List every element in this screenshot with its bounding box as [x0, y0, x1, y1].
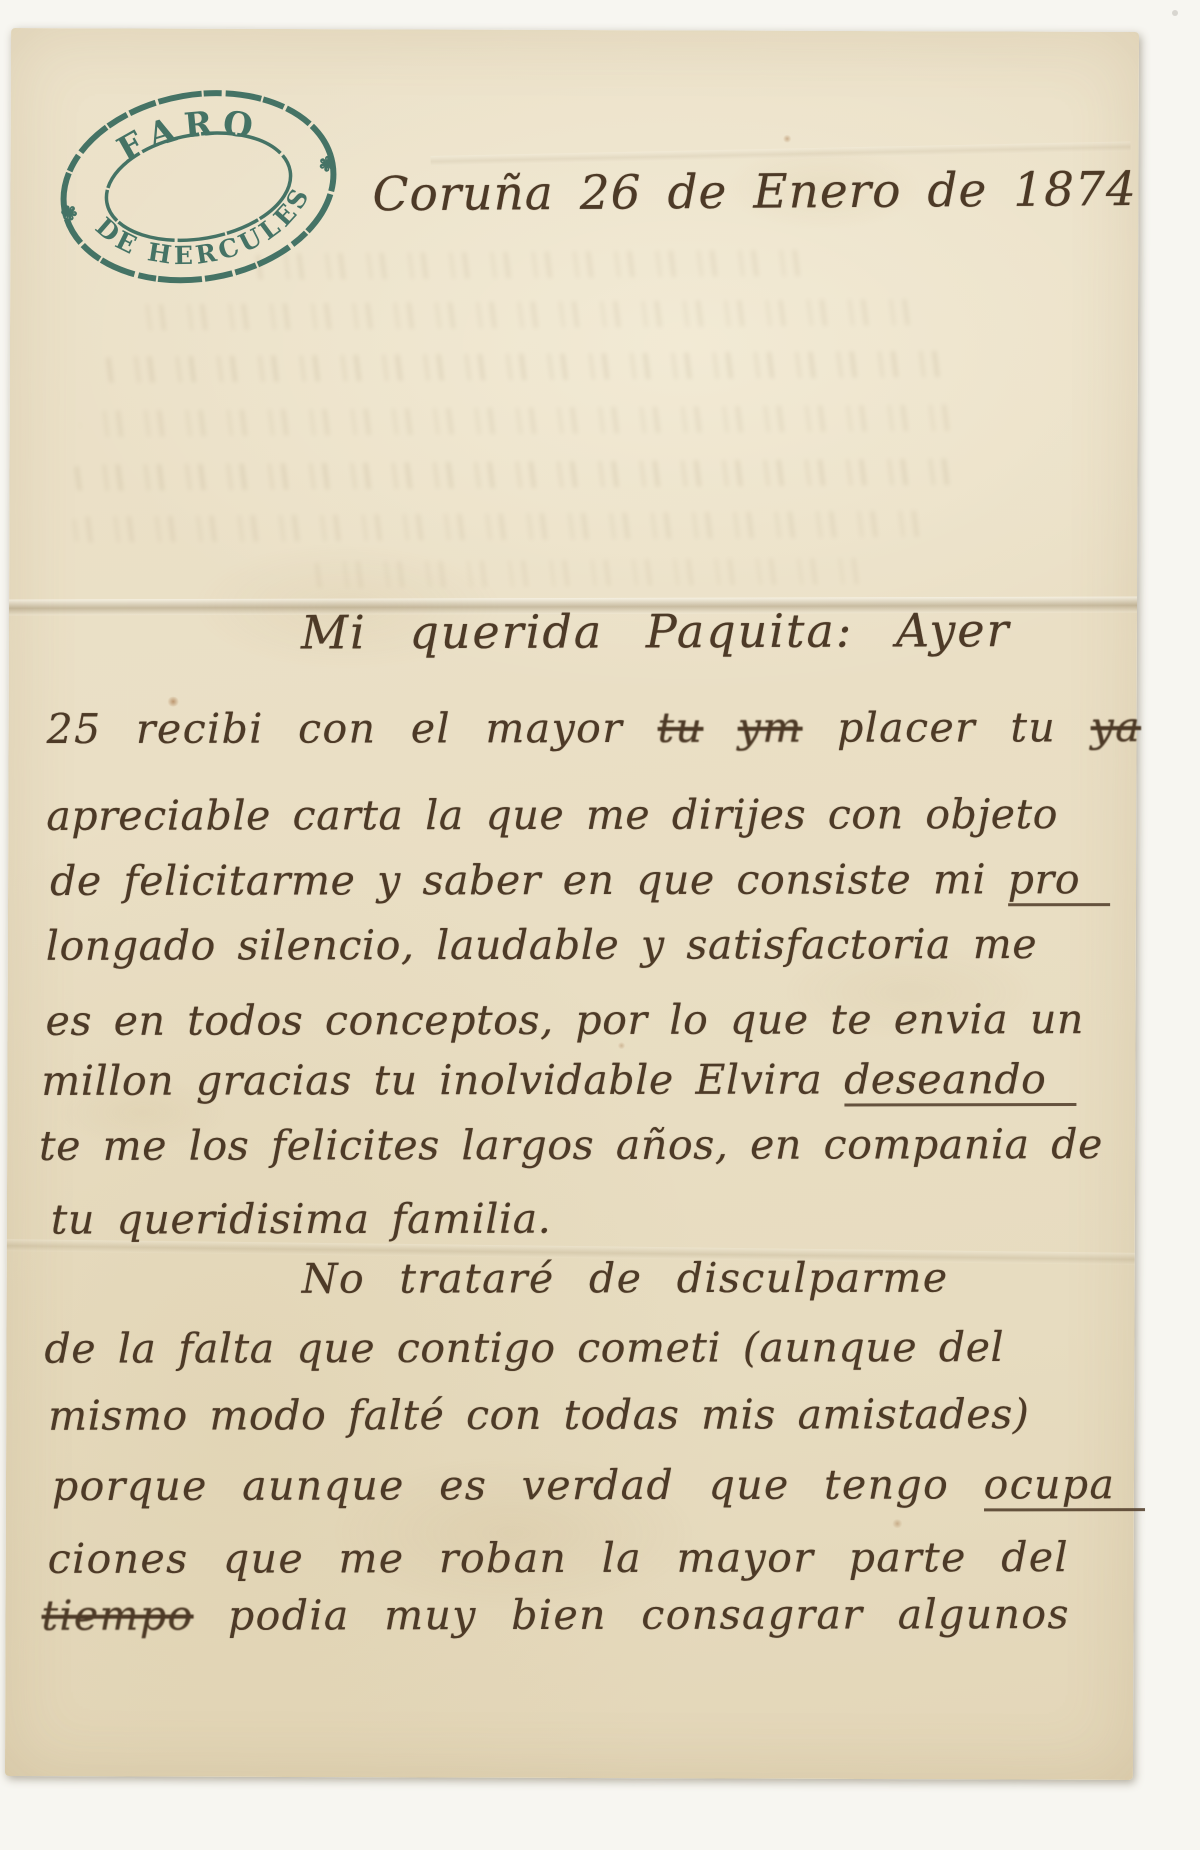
letter-line: longado silencio, laudable y satisfactor…: [46, 924, 1037, 967]
stamp-ornament-left-icon: ❃: [57, 199, 81, 228]
letter-line: ciones que me roban la mayor parte del: [48, 1537, 1069, 1580]
hyphenated-word-continuation: ocupa: [984, 1460, 1146, 1511]
letter-line: 25 recibi con el mayor tu ym placer tu y…: [47, 707, 1142, 750]
stamp-ornament-right-icon: ❃: [318, 152, 336, 177]
showthrough-ghost-line: [130, 299, 920, 331]
line-text: podia muy bien consagrar algunos: [228, 1590, 1070, 1639]
showthrough-ghost-line: [69, 511, 929, 543]
letter-line: es en todos conceptos, por lo que te env…: [46, 999, 1084, 1042]
line-text: es en todos conceptos, por lo que te env…: [46, 995, 1084, 1045]
letter-line: de la falta que contigo cometi (aunque d…: [44, 1327, 1004, 1370]
line-text: longado silencio, laudable y satisfactor…: [46, 920, 1037, 970]
showthrough-ghost-line: [69, 459, 959, 491]
stamp-top-text-container: FARO: [108, 93, 270, 173]
letter-line: te me los felicites largos años, en comp…: [39, 1124, 1103, 1167]
showthrough-ghost-line: [309, 558, 869, 588]
letter-line: millon gracias tu inolvidable Elvira des…: [41, 1059, 1076, 1102]
salutation-line: Mi querida Paquita: Ayer: [301, 607, 1011, 655]
line-text: ciones que me roban la mayor parte del: [48, 1533, 1069, 1583]
letter-line: tu queridisima familia.: [51, 1199, 552, 1241]
line-text: de la falta que contigo cometi (aunque d…: [44, 1323, 1004, 1373]
line-text: mismo modo falté con todas mis amistades…: [48, 1390, 1029, 1440]
letter-line: No trataré de disculparme: [302, 1258, 949, 1300]
foxing-spot: [892, 1519, 903, 1528]
line-text: tu queridisima familia.: [51, 1195, 552, 1244]
letter-paper: FARO DE HERCULES ❃ ❃ Coruña 26 de Enero …: [5, 28, 1139, 1780]
crossed-out-word: tiempo: [41, 1592, 193, 1640]
crossed-out-word: ya: [1091, 703, 1142, 751]
hyphenated-word-continuation: pro: [1008, 855, 1110, 906]
letter-line: mismo modo falté con todas mis amistades…: [48, 1394, 1029, 1437]
showthrough-ghost-line: [100, 351, 950, 383]
stamp-top-text: FARO: [108, 93, 270, 173]
crossed-out-word: tu: [658, 704, 704, 752]
scanner-background: FARO DE HERCULES ❃ ❃ Coruña 26 de Enero …: [0, 0, 1200, 1850]
showthrough-ghost-line: [80, 405, 960, 437]
line-text: millon gracias tu inolvidable Elvira: [41, 1055, 822, 1104]
letter-line: porque aunque es verdad que tengo ocupa: [52, 1464, 1145, 1507]
letter-line: de felicitarme y saber en que consiste m…: [50, 859, 1110, 902]
letter-line: apreciable carta la que me dirijes con o…: [46, 794, 1058, 837]
dateline: Coruña 26 de Enero de 1874: [372, 166, 1137, 218]
line-text: placer tu: [837, 703, 1056, 751]
hyphenated-word-continuation: deseando: [844, 1055, 1076, 1106]
line-text: de felicitarme y saber en que consiste m…: [50, 855, 986, 905]
line-text: No trataré de disculparme: [302, 1254, 949, 1303]
line-text: 25 recibi con el mayor: [47, 704, 624, 753]
crossed-out-word: ym: [738, 704, 803, 752]
line-text: te me los felicites largos años, en comp…: [39, 1120, 1103, 1170]
letter-line: tiempo podia muy bien consagrar algunos: [41, 1594, 1069, 1637]
line-text: apreciable carta la que me dirijes con o…: [46, 790, 1058, 840]
foxing-spot: [783, 135, 792, 143]
line-text: porque aunque es verdad que tengo: [52, 1460, 949, 1510]
